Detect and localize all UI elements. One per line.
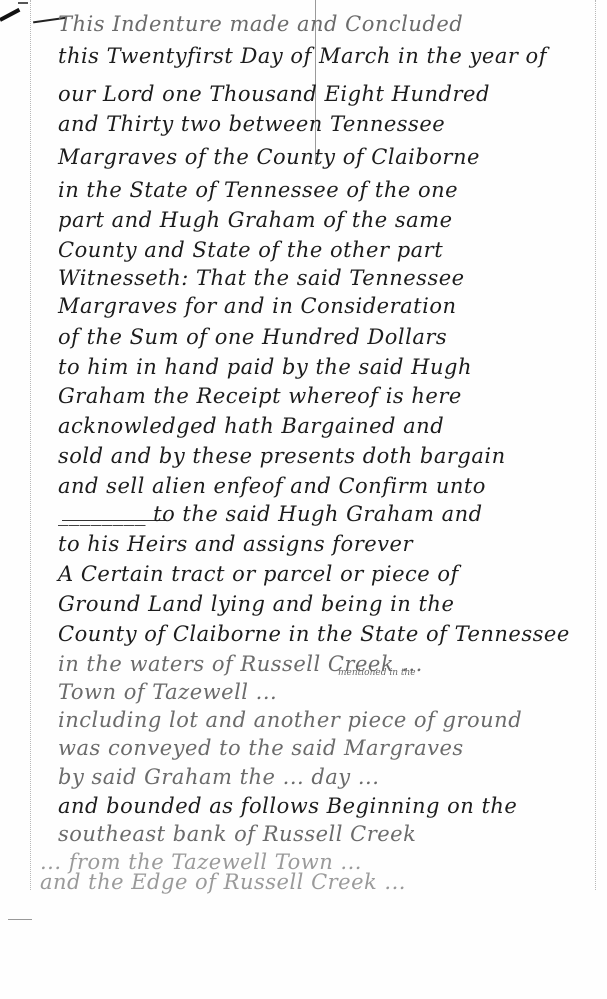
- deed-line-25: was conveyed to the said Margraves: [58, 736, 588, 760]
- deed-line-7: part and Hugh Graham of the same: [58, 208, 588, 232]
- deed-line-18: to his Heirs and assigns forever: [58, 532, 588, 556]
- deed-line-9: Witnesseth: That the said Tennessee: [58, 266, 588, 290]
- corner-ink-mark: [0, 8, 20, 22]
- deed-line-5: Margraves of the County of Claiborne: [58, 145, 588, 169]
- corner-tick-mark: [18, 2, 28, 4]
- deed-line-11: of the Sum of one Hundred Dollars: [58, 325, 588, 349]
- deed-line-20: Ground Land lying and being in the: [58, 592, 588, 616]
- deed-line-13: Graham the Receipt whereof is here: [58, 384, 588, 408]
- deed-line-10: Margraves for and in Consideration: [58, 294, 588, 318]
- deed-line-3: our Lord one Thousand Eight Hundred: [58, 82, 588, 106]
- bottom-margin-mark: [8, 919, 32, 920]
- deed-line-19: A Certain tract or parcel or piece of: [58, 562, 588, 586]
- deed-line-16: and sell alien enfeof and Confirm unto: [58, 474, 588, 498]
- deed-line-2: this Twentyfirst Day of March in the yea…: [58, 44, 588, 68]
- deed-line-6: in the State of Tennessee of the one: [58, 178, 588, 202]
- deed-line-27: and bounded as follows Beginning on the: [58, 794, 588, 818]
- deed-line-24: including lot and another piece of groun…: [58, 708, 588, 732]
- document-page: This Indenture made and Concluded this T…: [0, 0, 607, 999]
- left-margin-rule: [30, 0, 32, 890]
- deed-line-12: to him in hand paid by the said Hugh: [58, 355, 588, 379]
- deed-line-15: sold and by these presents doth bargain: [58, 444, 588, 468]
- deed-line-14: acknowledged hath Bargained and: [58, 414, 588, 438]
- deed-line-4: and Thirty two between Tennessee: [58, 112, 588, 136]
- deed-line-26: by said Graham the ... day ...: [58, 765, 588, 789]
- right-margin-rule: [595, 0, 597, 890]
- deed-line-22: in the waters of Russell Creek ...: [58, 652, 588, 676]
- deed-line-30: and the Edge of Russell Creek ...: [40, 870, 570, 894]
- deed-line-17: ________ to the said Hugh Graham and: [58, 502, 588, 526]
- deed-line-1: This Indenture made and Concluded: [58, 12, 588, 36]
- deed-line-8: County and State of the other part: [58, 238, 588, 262]
- interlinear-note: mentioned in the: [338, 668, 416, 678]
- deed-line-21: County of Claiborne in the State of Tenn…: [58, 622, 588, 646]
- deed-line-23: Town of Tazewell ...: [58, 680, 588, 704]
- deed-line-28: southeast bank of Russell Creek: [58, 822, 588, 846]
